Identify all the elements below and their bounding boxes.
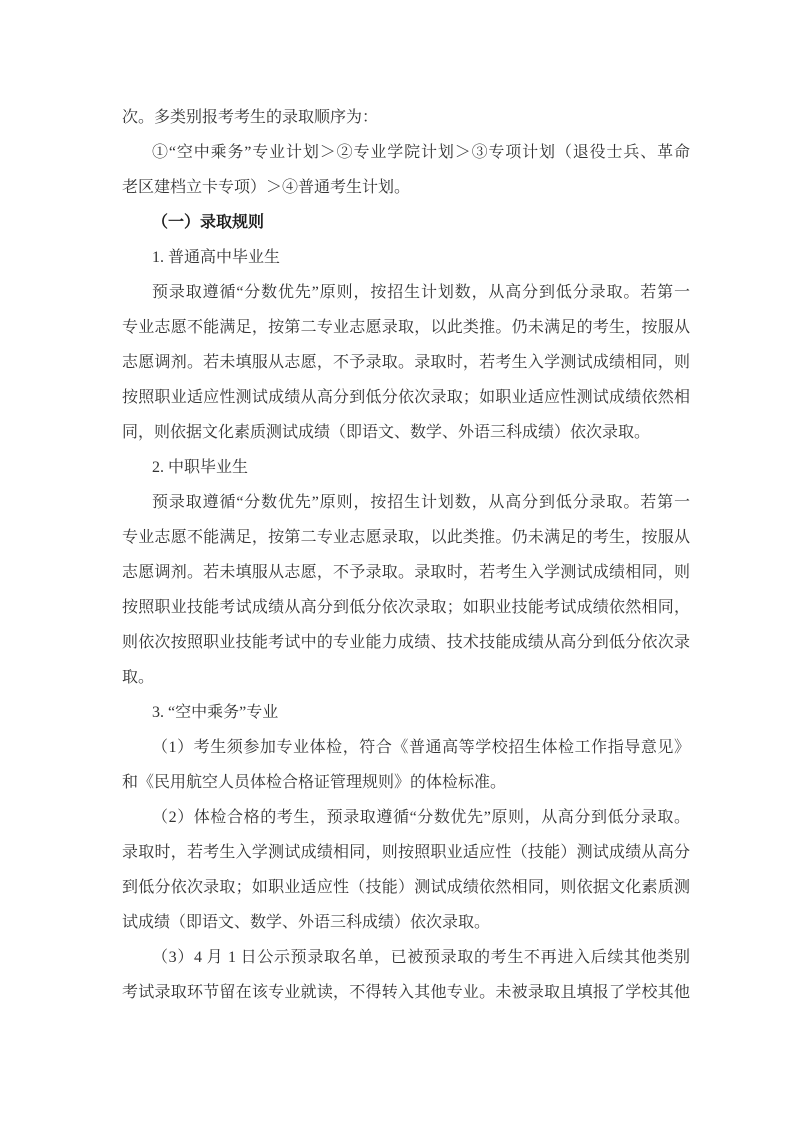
text-line: 同，则依据文化素质测试成绩（即语文、数学、外语三科成绩）依次录取。 bbox=[122, 415, 690, 450]
text-line: （1）考生须参加专业体检，符合《普通高等学校招生体检工作指导意见》 bbox=[122, 730, 690, 765]
text-line: 志愿调剂。若未填服从志愿，不予录取。录取时，若考生入学测试成绩相同，则 bbox=[122, 345, 690, 380]
section-heading: （一）录取规则 bbox=[122, 205, 690, 240]
document-content: 次。多类别报考考生的录取顺序为： ①“空中乘务”专业计划＞②专业学院计划＞③专项… bbox=[122, 100, 690, 1010]
text-line: 按照职业适应性测试成绩从高分到低分依次录取；如职业适应性测试成绩依然相 bbox=[122, 380, 690, 415]
text-line: 预录取遵循“分数优先”原则，按招生计划数，从高分到低分录取。若第一 bbox=[122, 485, 690, 520]
text-line: 次。多类别报考考生的录取顺序为： bbox=[122, 100, 690, 135]
text-line: 和《民用航空人员体检合格证管理规则》的体检标准。 bbox=[122, 765, 690, 800]
subsection-title: 3. “空中乘务”专业 bbox=[122, 695, 690, 730]
text-line: 老区建档立卡专项）＞④普通考生计划。 bbox=[122, 170, 690, 205]
text-line: 到低分依次录取；如职业适应性（技能）测试成绩依然相同，则依据文化素质测 bbox=[122, 870, 690, 905]
text-line: （3）4 月 1 日公示预录取名单，已被预录取的考生不再进入后续其他类别 bbox=[122, 940, 690, 975]
text-line: 录取时，若考生入学测试成绩相同，则按照职业适应性（技能）测试成绩从高分 bbox=[122, 835, 690, 870]
text-line: 专业志愿不能满足，按第二专业志愿录取，以此类推。仍未满足的考生，按服从 bbox=[122, 310, 690, 345]
text-line: ①“空中乘务”专业计划＞②专业学院计划＞③专项计划（退役士兵、革命 bbox=[122, 135, 690, 170]
text-line: 取。 bbox=[122, 660, 690, 695]
subsection-title: 1. 普通高中毕业生 bbox=[122, 240, 690, 275]
text-line: 预录取遵循“分数优先”原则，按招生计划数，从高分到低分录取。若第一 bbox=[122, 275, 690, 310]
text-line: 试成绩（即语文、数学、外语三科成绩）依次录取。 bbox=[122, 905, 690, 940]
text-line: 专业志愿不能满足，按第二专业志愿录取，以此类推。仍未满足的考生，按服从 bbox=[122, 520, 690, 555]
subsection-title: 2. 中职毕业生 bbox=[122, 450, 690, 485]
text-line: （2）体检合格的考生，预录取遵循“分数优先”原则，从高分到低分录取。 bbox=[122, 800, 690, 835]
text-line: 志愿调剂。若未填服从志愿，不予录取。录取时，若考生入学测试成绩相同，则 bbox=[122, 555, 690, 590]
text-line: 则依次按照职业技能考试中的专业能力成绩、技术技能成绩从高分到低分依次录 bbox=[122, 625, 690, 660]
text-line: 按照职业技能考试成绩从高分到低分依次录取；如职业技能考试成绩依然相同， bbox=[122, 590, 690, 625]
text-line: 考试录取环节留在该专业就读，不得转入其他专业。未被录取且填报了学校其他 bbox=[122, 975, 690, 1010]
document-page: 次。多类别报考考生的录取顺序为： ①“空中乘务”专业计划＞②专业学院计划＞③专项… bbox=[0, 0, 800, 1132]
